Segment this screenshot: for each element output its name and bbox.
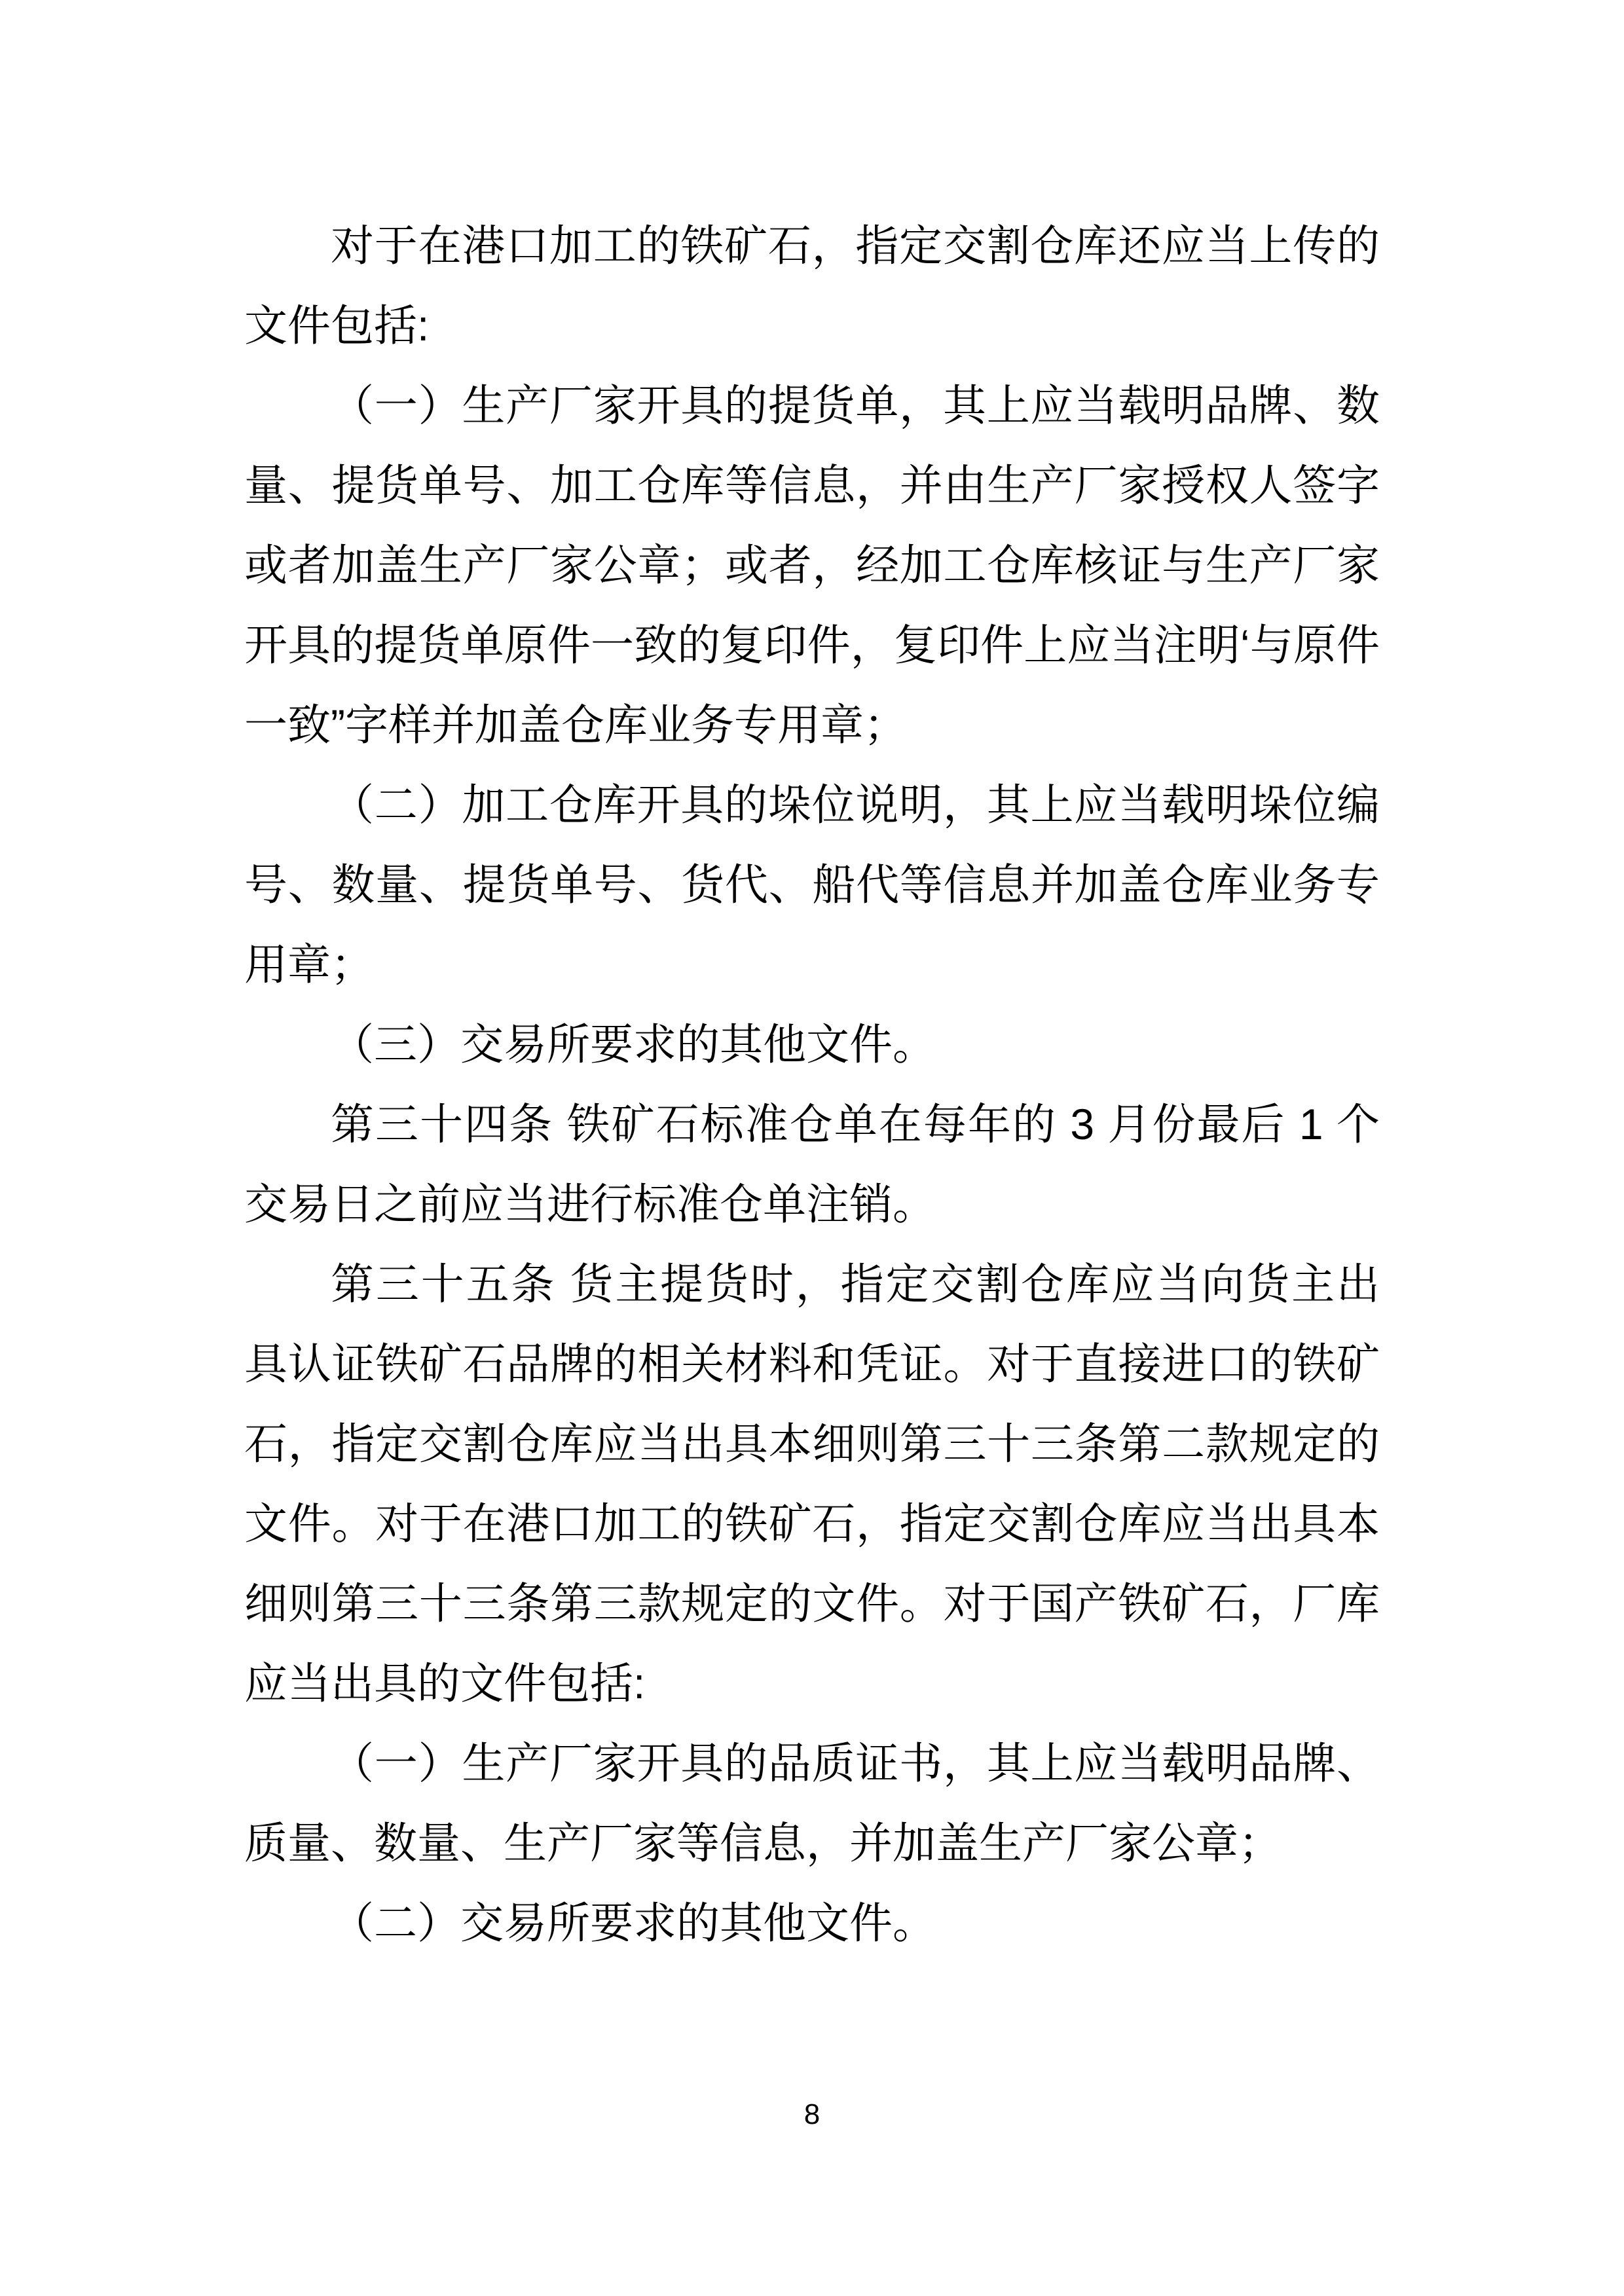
text-line: （二）交易所要求的其他文件。	[244, 1883, 1380, 1963]
document-page: 对于在港口加工的铁矿石，指定交割仓库还应当上传的文件包括:（一）生产厂家开具的提…	[0, 0, 1624, 2296]
text-line: 号、数量、提货单号、货代、船代等信息并加盖仓库业务专	[244, 845, 1380, 924]
text-line: 第三十五条 货主提货时，指定交割仓库应当向货主出	[244, 1244, 1380, 1324]
text-line: 文件包括:	[244, 285, 1380, 365]
text-line: 对于在港口加工的铁矿石，指定交割仓库还应当上传的	[244, 206, 1380, 285]
text-line: （二）加工仓库开具的垛位说明，其上应当载明垛位编	[244, 765, 1380, 845]
text-line: 细则第三十三条第三款规定的文件。对于国产铁矿石，厂库	[244, 1563, 1380, 1643]
text-line: 交易日之前应当进行标准仓单注销。	[244, 1164, 1380, 1244]
text-line: 第三十四条 铁矿石标准仓单在每年的 3 月份最后 1 个	[244, 1084, 1380, 1164]
text-column: 对于在港口加工的铁矿石，指定交割仓库还应当上传的文件包括:（一）生产厂家开具的提…	[244, 206, 1380, 1963]
page-number: 8	[0, 2094, 1624, 2136]
text-line: 量、提货单号、加工仓库等信息，并由生产厂家授权人签字	[244, 445, 1380, 525]
text-line: 文件。对于在港口加工的铁矿石，指定交割仓库应当出具本	[244, 1484, 1380, 1563]
text-line: （三）交易所要求的其他文件。	[244, 1004, 1380, 1084]
text-line: 或者加盖生产厂家公章；或者，经加工仓库核证与生产厂家	[244, 525, 1380, 605]
text-line: 具认证铁矿石品牌的相关材料和凭证。对于直接进口的铁矿	[244, 1324, 1380, 1404]
text-line: （一）生产厂家开具的品质证书，其上应当载明品牌、	[244, 1723, 1380, 1803]
text-line: 开具的提货单原件一致的复印件，复印件上应当注明‘与原件	[244, 605, 1380, 685]
text-line: 应当出具的文件包括:	[244, 1643, 1380, 1723]
text-line: 用章；	[244, 924, 1380, 1004]
text-line: 石，指定交割仓库应当出具本细则第三十三条第二款规定的	[244, 1404, 1380, 1484]
text-line: 质量、数量、生产厂家等信息，并加盖生产厂家公章；	[244, 1803, 1380, 1883]
text-line: 一致”字样并加盖仓库业务专用章；	[244, 685, 1380, 765]
text-line: （一）生产厂家开具的提货单，其上应当载明品牌、数	[244, 365, 1380, 445]
